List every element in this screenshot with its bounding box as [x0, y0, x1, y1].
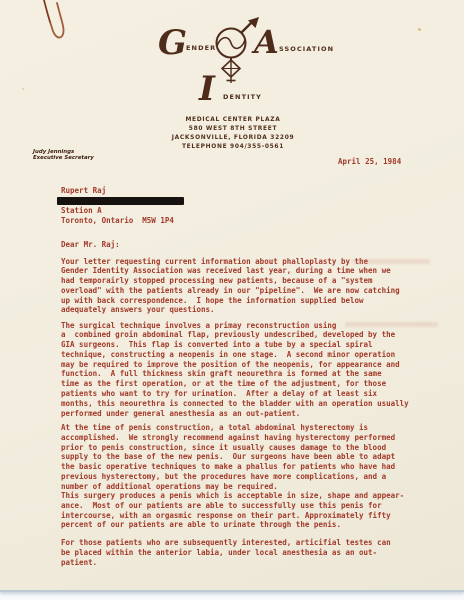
letter-page: G ENDER A SSOCIATION I DENTITY MEDICAL C…	[0, 0, 464, 592]
letterhead-address-line: TELEPHONE 904/355-0561	[150, 144, 316, 150]
body-paragraph: For those patients who are subsequently …	[61, 538, 391, 567]
body-paragraph: Your letter requesting current informati…	[61, 257, 400, 316]
recipient-name: Rupert Raj	[61, 186, 106, 196]
body-paragraph: This surgery produces a penis which is a…	[61, 491, 404, 530]
body-paragraph: At the time of penis construction, a tot…	[61, 423, 395, 492]
letterhead-word-association: SSOCIATION	[279, 45, 334, 53]
letterhead-initial-i: I	[199, 72, 215, 106]
sender-block: Judy Jennings Executive Secretary	[33, 150, 94, 161]
letterhead-address-line: 580 WEST 8TH STREET	[150, 126, 316, 132]
scanned-letter: { "colors": { "paper": "#f2edde", "typed…	[0, 0, 464, 600]
letterhead-initial-g: G	[158, 26, 187, 60]
erased-text-smudge	[345, 322, 438, 327]
letterhead-address-line: JACKSONVILLE, FLORIDA 32209	[150, 135, 316, 141]
erased-text-smudge	[352, 259, 430, 264]
body-paragraph: The surgical technique involves a primay…	[61, 321, 409, 419]
paperclip-icon	[36, 0, 70, 50]
letterhead-word-identity: DENTITY	[223, 93, 262, 101]
letterhead-address: MEDICAL CENTER PLAZA 580 WEST 8TH STREET…	[150, 117, 316, 153]
letterhead-initial-a: A	[254, 26, 279, 58]
salutation: Dear Mr. Raj:	[61, 240, 120, 250]
letterhead-address-line: MEDICAL CENTER PLAZA	[150, 117, 316, 123]
paper-speck	[418, 28, 421, 31]
recipient-address-line: Toronto, Ontario M5W 1P4	[61, 216, 174, 226]
letter-date: April 25, 1984	[338, 157, 401, 167]
paper-speck	[22, 88, 24, 90]
redaction-bar	[57, 197, 184, 205]
recipient-address-line: Station A	[61, 206, 102, 216]
sender-title: Executive Secretary	[33, 156, 94, 162]
